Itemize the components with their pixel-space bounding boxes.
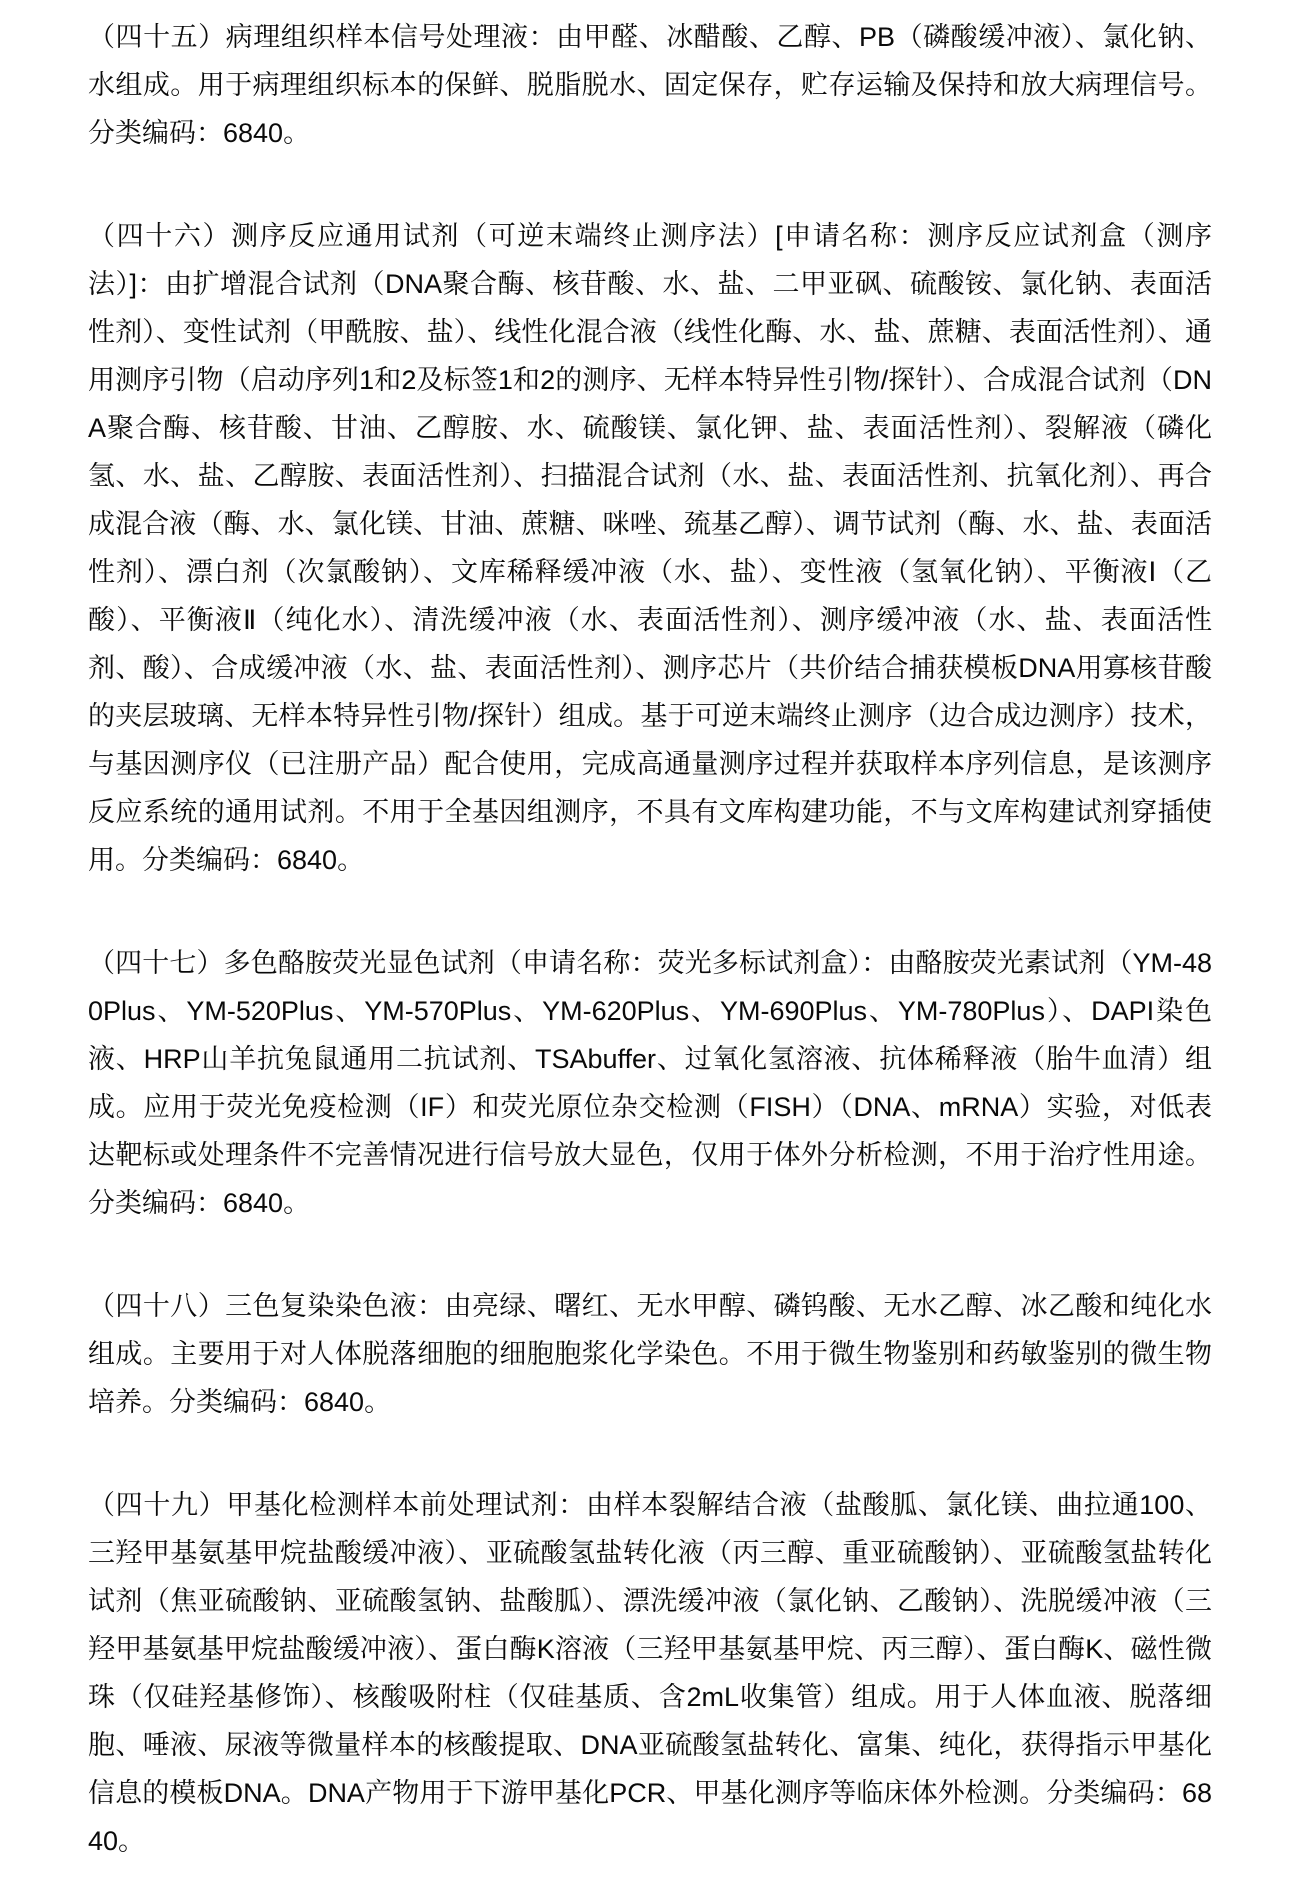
paragraph-item-46: （四十六）测序反应通用试剂（可逆末端终止测序法）[申请名称：测序反应试剂盒（测序… <box>88 212 1212 884</box>
paragraph-item-48: （四十八）三色复染染色液：由亮绿、曙红、无水甲醇、磷钨酸、无水乙醇、冰乙酸和纯化… <box>88 1282 1212 1426</box>
document-page: （四十五）病理组织样本信号处理液：由甲醛、冰醋酸、乙醇、PB（磷酸缓冲液）、氯化… <box>0 0 1300 1904</box>
paragraph-item-47: （四十七）多色酪胺荧光显色试剂（申请名称：荧光多标试剂盒）：由酪胺荧光素试剂（Y… <box>88 939 1212 1227</box>
paragraph-item-45: （四十五）病理组织样本信号处理液：由甲醛、冰醋酸、乙醇、PB（磷酸缓冲液）、氯化… <box>88 13 1212 157</box>
paragraph-item-49: （四十九）甲基化检测样本前处理试剂：由样本裂解结合液（盐酸胍、氯化镁、曲拉通10… <box>88 1481 1212 1865</box>
